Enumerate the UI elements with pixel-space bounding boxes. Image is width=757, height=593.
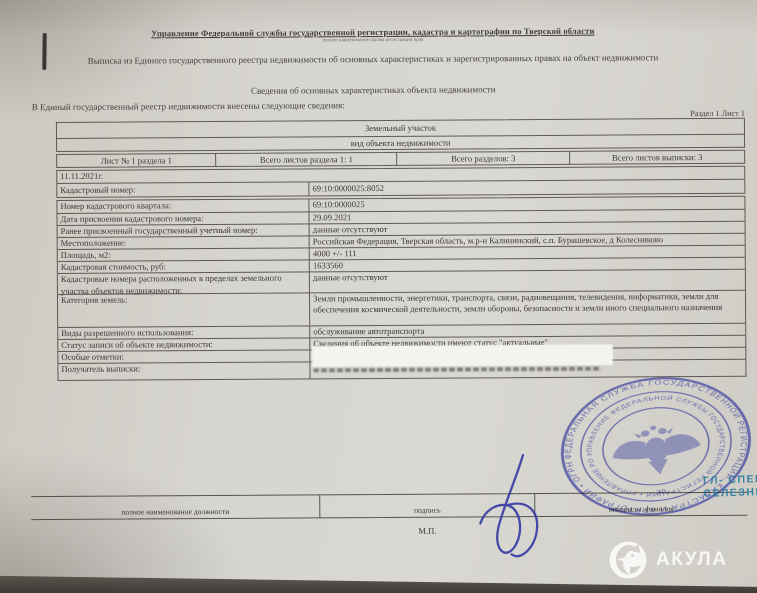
document-header: Управление Федеральной службы государств… <box>0 25 748 67</box>
sheet-counter-cell: Всего листов выписки: 3 <box>570 151 744 164</box>
official-seal-stamp: ФЕДЕРАЛЬНАЯ СЛУЖБА ГОСУДАРСТВЕННОЙ РЕГИС… <box>548 362 757 531</box>
position-caption: полное наименование должности <box>31 495 319 519</box>
row-key: Кадастровая стоимость, руб: <box>58 260 310 273</box>
row-value: Земли промышленности, энергетики, трансп… <box>310 291 745 326</box>
name-stamp-line2: СЕЛЕЗНЁВ <box>703 485 757 500</box>
row-key: Местоположение: <box>58 236 310 249</box>
table-row: Кадастровые номера расположенных в преде… <box>58 269 745 294</box>
row-value: данные отсутствуют <box>310 270 745 293</box>
row-value: 69:10:0000025:8052 <box>309 180 744 196</box>
row-key: Особые отметки: <box>58 350 310 363</box>
row-key: Номер кадастрового квартала: <box>57 199 309 213</box>
watermark-text: АКУЛА <box>656 549 727 571</box>
table-row: Кадастровый номер: 69:10:0000025:8052 <box>57 179 744 197</box>
paper-sheet: Управление Федеральной службы государств… <box>0 0 757 593</box>
table-row: Категория земель: Земли промышленности, … <box>58 290 745 327</box>
document-photo: Управление Федеральной службы государств… <box>0 0 757 593</box>
intro-line: В Единый государственный реестр недвижим… <box>32 100 345 112</box>
svg-text:30: 30 <box>656 488 667 497</box>
double-eagle-icon <box>609 419 704 481</box>
date-cadastral-table: 11.11.2021г. Кадастровый номер: 69:10:00… <box>56 166 745 198</box>
row-key: Кадастровый номер: <box>57 182 309 197</box>
handwritten-signature <box>467 451 568 564</box>
document-title: Выписка из Единого государственного реес… <box>0 52 748 67</box>
object-type-table: Земельный участок вид объекта недвижимос… <box>56 118 745 152</box>
sheet-counter-cell: Всего разделов: 3 <box>397 152 570 165</box>
section-title: Сведения об основных характеристиках объ… <box>0 83 748 98</box>
sheet-counter-cell: Всего листов раздела 1: 1 <box>217 153 398 166</box>
row-key: Категория земель: <box>58 293 310 327</box>
object-type-caption: вид объекта недвижимости <box>57 134 744 151</box>
row-key: Кадастровые номера расположенных в преде… <box>58 272 310 294</box>
row-key: Виды разрешенного использования: <box>58 326 310 339</box>
row-key: Площадь, м2: <box>58 248 310 261</box>
watermark: АКУЛА <box>608 540 727 580</box>
seal-icon: ФЕДЕРАЛЬНАЯ СЛУЖБА ГОСУДАРСТВЕННОЙ РЕГИС… <box>548 362 757 531</box>
row-key: Ранее присвоенный государственный учетны… <box>58 224 310 237</box>
sheet-counter-cell: Лист № 1 раздела 1 <box>57 154 216 167</box>
row-key: Получатель выписки: <box>58 362 310 380</box>
row-key: Дата присвоения кадастрового номера: <box>57 212 309 225</box>
name-stamp: ГЛ- СПЕЦИ СЕЛЕЗНЁВ <box>703 473 757 500</box>
section-sheet-label: Раздел 1 Лист 1 <box>690 109 745 118</box>
shark-logo-icon <box>608 540 648 580</box>
seal-place-note: М.П. <box>401 526 453 536</box>
redaction-box <box>312 345 612 367</box>
signature-ink-icon <box>467 451 568 564</box>
sheet-counters-row: Лист № 1 раздела 1 Всего листов раздела … <box>57 151 744 167</box>
row-key: Статус записи об объекте недвижимости: <box>58 338 310 351</box>
name-stamp-line1: ГЛ- СПЕЦИ <box>703 473 757 488</box>
sheet-counters-table: Лист № 1 раздела 1 Всего листов раздела … <box>56 150 745 168</box>
